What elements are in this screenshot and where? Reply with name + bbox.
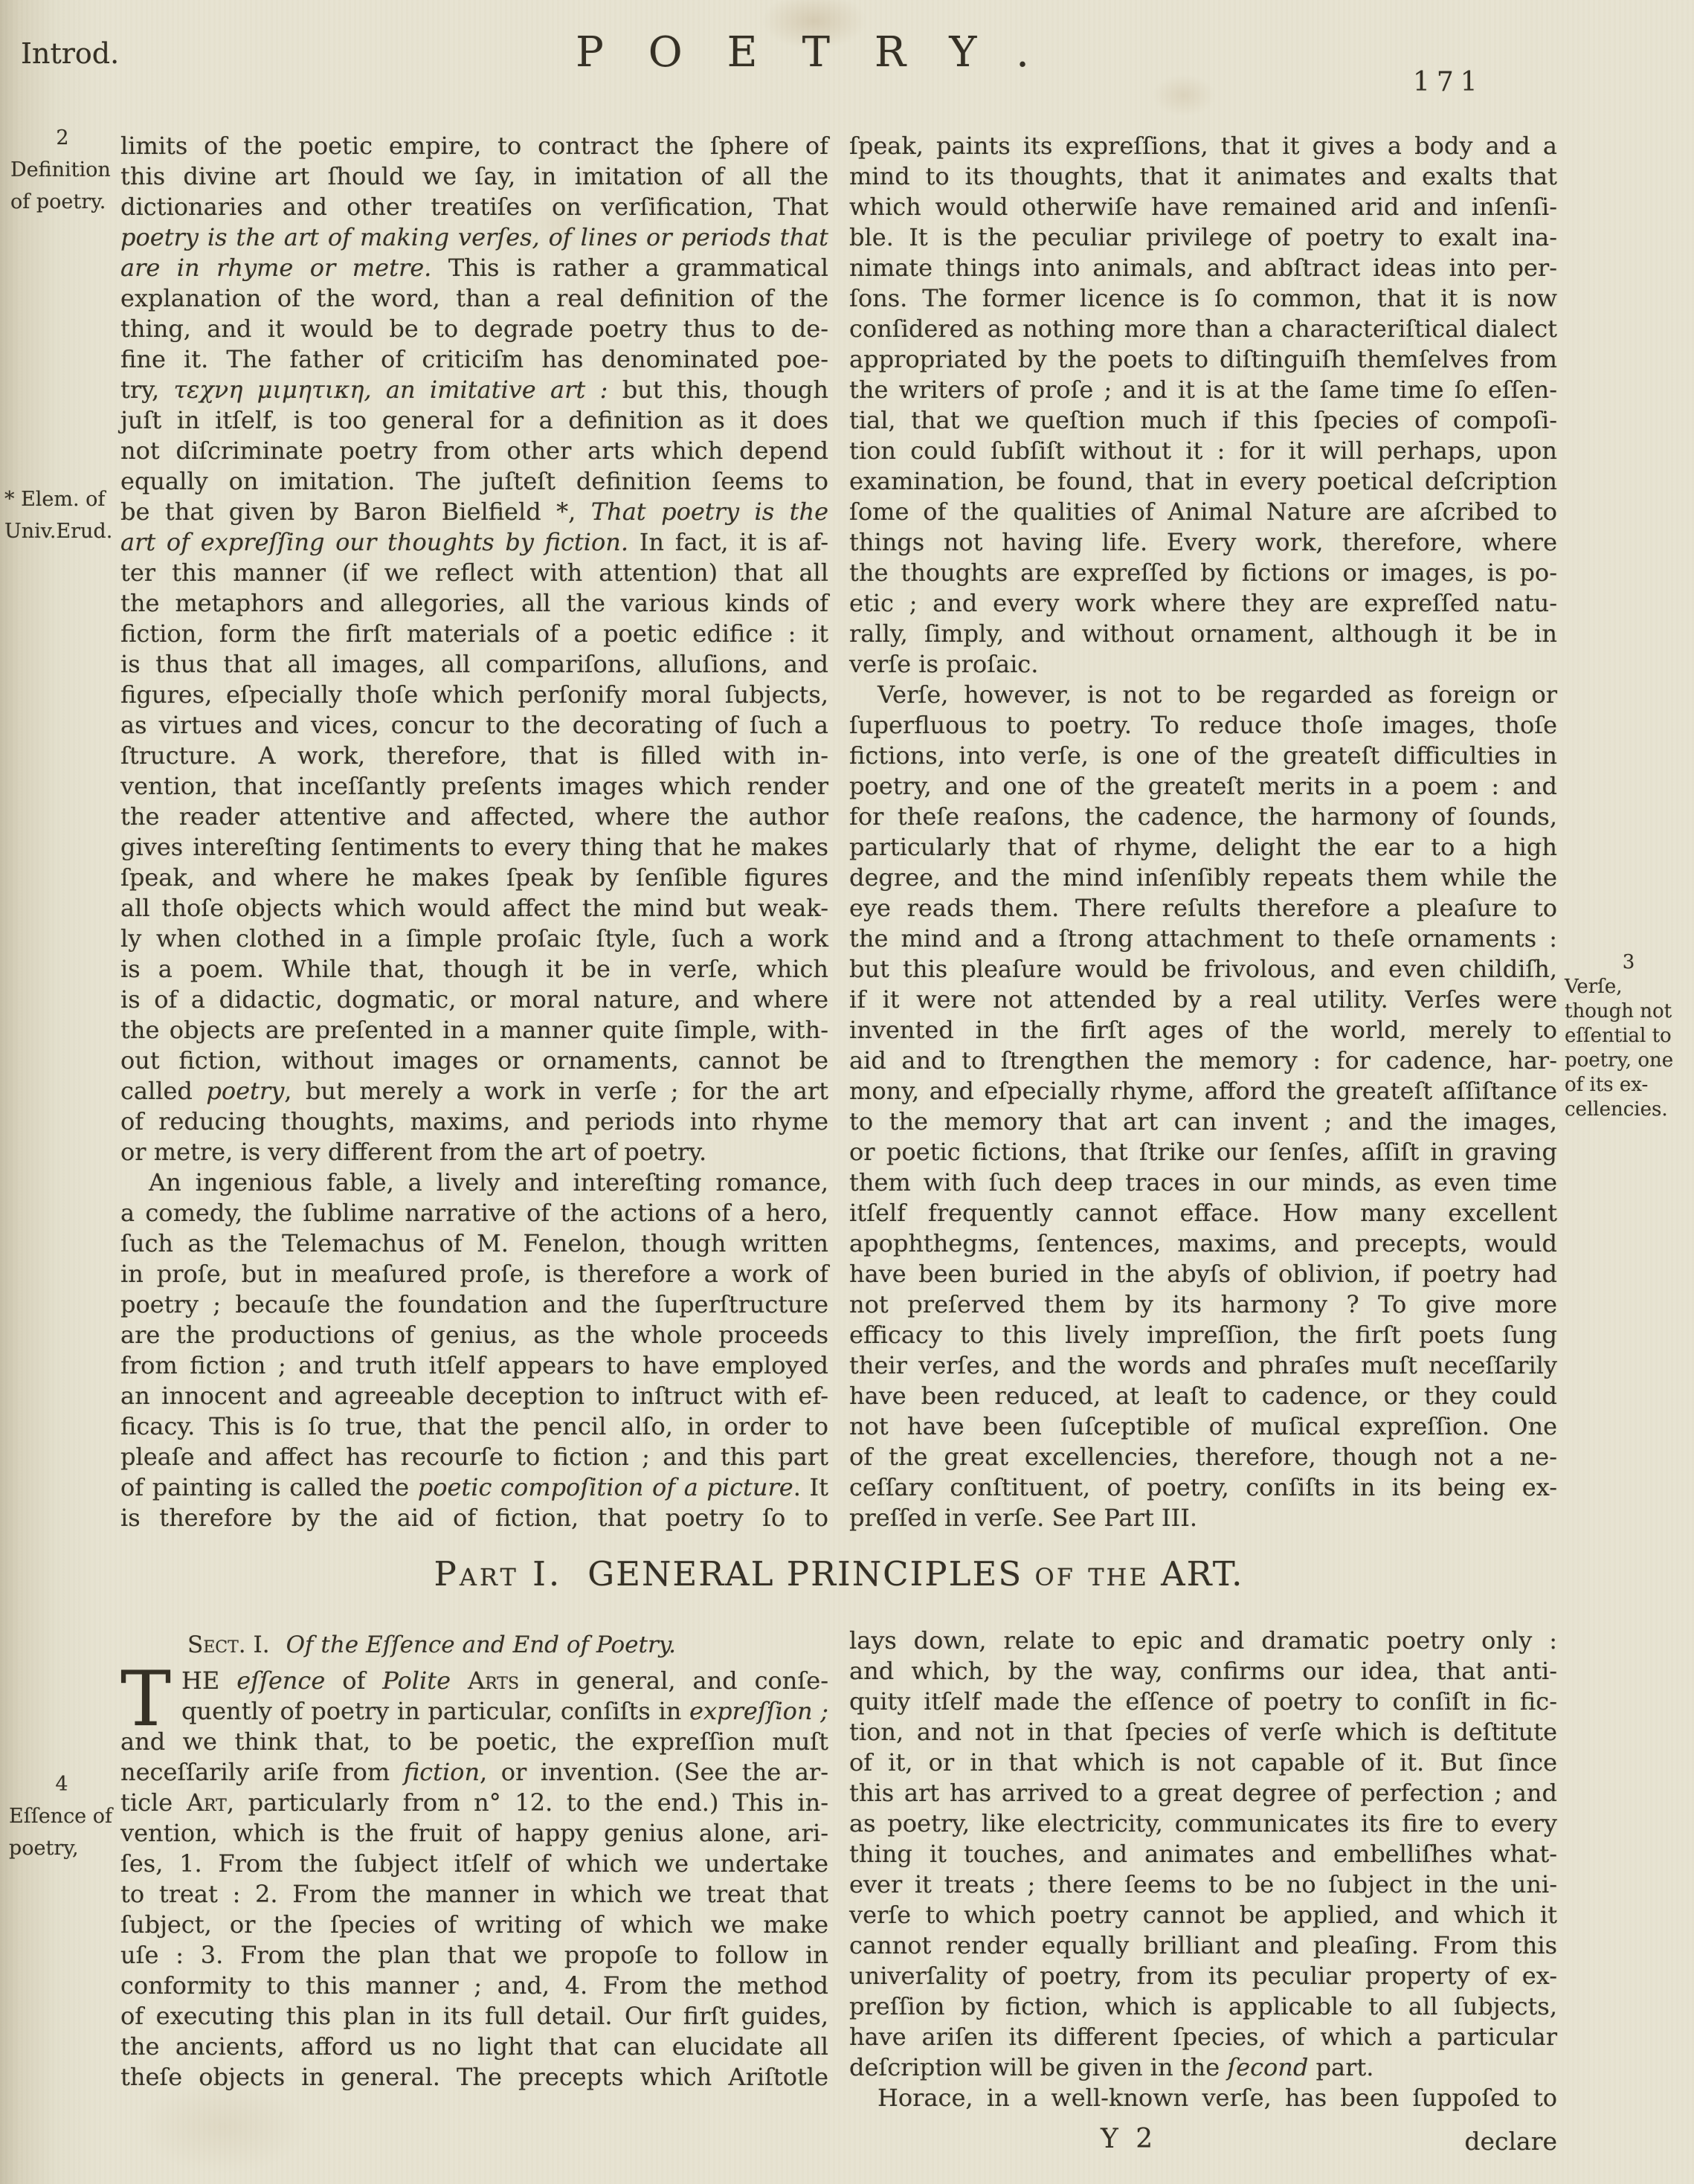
text-line: particularly that of rhyme, delight the … <box>849 832 1557 863</box>
text-line: a comedy, the ſublime narrative of the a… <box>120 1198 828 1228</box>
text-line: etic ; and every work where they are exp… <box>849 588 1557 619</box>
text-line: ſubject, or the ſpecies of writing of wh… <box>120 1910 828 1940</box>
text-line: their verſes, and the words and phraſes … <box>849 1350 1557 1381</box>
text-line: quity itſelf made the eſſence of poetry … <box>849 1687 1557 1717</box>
text-line: poetry is the art of making verſes, of l… <box>120 222 828 253</box>
text-line: which would otherwiſe have remained arid… <box>849 192 1557 222</box>
text-line: ſes, 1. From the ſubject itſelf of which… <box>120 1849 828 1879</box>
text-line: fictions, into verſe, is one of the grea… <box>849 741 1557 771</box>
text-line: to the memory that art can invent ; and … <box>849 1107 1557 1137</box>
text-line: degree, and the mind inſenſibly repeats … <box>849 863 1557 893</box>
text-line: ble. It is the peculiar privilege of poe… <box>849 222 1557 253</box>
text-column-right-upper: ſpeak, paints its expreſſions, that it g… <box>849 131 1557 1533</box>
text-line: limits of the poetic empire, to contract… <box>120 131 828 161</box>
margin-note-definition-of-poetry: 2 Definitionof poetry. <box>10 122 115 218</box>
text-line: the writers of proſe ; and it is at the … <box>849 375 1557 405</box>
text-line: in proſe, but in meaſured proſe, is ther… <box>120 1259 828 1289</box>
text-line: or metre, is very different from the art… <box>120 1137 828 1167</box>
text-line: ſpeak, and where he makes ſpeak by ſenſi… <box>120 863 828 893</box>
text-line: the thoughts are expreſſed by fictions o… <box>849 558 1557 588</box>
text-line: HE eſſence of Polite Arts in general, an… <box>181 1666 828 1696</box>
text-line: be that given by Baron Bielfield *, That… <box>120 497 828 527</box>
text-line: the metaphors and allegories, all the va… <box>120 588 828 619</box>
text-line: eye reads them. There reſults therefore … <box>849 893 1557 924</box>
text-line: ſtructure. A work, therefore, that is fi… <box>120 741 828 771</box>
text-line: cellencies. <box>1565 1098 1693 1122</box>
text-line: cannot render equally brilliant and plea… <box>849 1930 1557 1961</box>
book-page: Introd. POETRY. 171 limits of the poetic… <box>0 0 1694 2184</box>
text-line: ficacy. This is ſo true, that the pencil… <box>120 1411 828 1442</box>
text-line: if it were not attended by a real utilit… <box>849 985 1557 1015</box>
text-line: explanation of the word, than a real def… <box>120 283 828 314</box>
margin-note-number: 4 <box>9 1768 115 1800</box>
text-line: or poetic fictions, that ſtrike our ſenſ… <box>849 1137 1557 1167</box>
text-line: of poetry. <box>10 186 115 218</box>
text-line: art of expreſſing our thoughts by fictio… <box>120 527 828 558</box>
margin-note-essence-of-poetry: 4 Eſſence ofpoetry, <box>9 1768 115 1864</box>
text-line: verſe to which poetry cannot be applied,… <box>849 1900 1557 1930</box>
text-line: figures, eſpecially thoſe which perſonif… <box>120 680 828 710</box>
text-line: apophthegms, ſentences, maxims, and prec… <box>849 1228 1557 1259</box>
margin-note-verse-excellency: 3 Verſe,though noteſſential topoetry, on… <box>1565 950 1693 1122</box>
page-number: 171 <box>1413 67 1484 97</box>
text-line: to treat : 2. From the manner in which w… <box>120 1879 828 1910</box>
text-line: the mind and a ſtrong attachment to theſ… <box>849 924 1557 954</box>
text-line: have been buried in the abyſs of oblivio… <box>849 1259 1557 1289</box>
text-line: not preſerved them by its harmony ? To g… <box>849 1289 1557 1320</box>
text-line: ſuperfluous to poetry. To reduce thoſe i… <box>849 710 1557 741</box>
margin-note-footnote-reference: * Elem. ofUniv.Erud. <box>4 483 116 547</box>
text-line: fine it. The father of criticiſm has den… <box>120 344 828 375</box>
text-line: not have been ſuſceptible of muſical exp… <box>849 1411 1557 1442</box>
text-line: thing it touches, and animates and embel… <box>849 1839 1557 1869</box>
text-line: poetry, <box>9 1832 115 1864</box>
text-line: all thoſe objects which would affect the… <box>120 893 828 924</box>
text-line: try, τεχνη μιμητικη, an imitative art : … <box>120 375 828 405</box>
text-line: Horace, in a well-known verſe, has been … <box>849 2083 1557 2113</box>
section-heading-label: Sect. I. <box>187 1631 270 1658</box>
text-line: Verſe, <box>1565 975 1693 999</box>
margin-note-text: Eſſence ofpoetry, <box>9 1800 115 1864</box>
text-line: pleaſe and affect has recourſe to fictio… <box>120 1442 828 1472</box>
text-line: poetry, one <box>1565 1048 1693 1073</box>
text-line: ever it treats ; there ſeems to be no ſu… <box>849 1869 1557 1900</box>
text-line: tial, that we queſtion much if this ſpec… <box>849 405 1557 436</box>
text-line: is a poem. While that, though it be in v… <box>120 954 828 985</box>
text-line: called poetry, but merely a work in verſ… <box>120 1076 828 1107</box>
text-line: this art has arrived to a great degree o… <box>849 1778 1557 1808</box>
text-line: deſcription will be given in the ſecond … <box>849 2052 1557 2083</box>
part-heading-end: ART. <box>1161 1554 1243 1594</box>
text-line: equally on imitation. The juſteſt defini… <box>120 466 828 497</box>
text-line: of executing this plan in its full detai… <box>120 2001 828 2032</box>
text-line: though not <box>1565 999 1693 1024</box>
text-column-left-upper: limits of the poetic empire, to contract… <box>120 131 828 1533</box>
text-line: as virtues and vices, concur to the deco… <box>120 710 828 741</box>
text-line: juſt in itſelf, is too general for a def… <box>120 405 828 436</box>
text-line: poetry, and one of the greateſt merits i… <box>849 771 1557 802</box>
text-line: not diſcriminate poetry from other arts … <box>120 436 828 466</box>
text-line: is thus that all images, all compariſons… <box>120 649 828 680</box>
text-line: uſe : 3. From the plan that we propoſe t… <box>120 1940 828 1971</box>
part-heading-main: GENERAL PRINCIPLES <box>587 1554 1022 1594</box>
text-line: out fiction, without images or ornaments… <box>120 1046 828 1076</box>
text-line: is of a didactic, dogmatic, or moral nat… <box>120 985 828 1015</box>
text-line: but this pleaſure would be frivolous, an… <box>849 954 1557 985</box>
text-line: tion, and not in that ſpecies of verſe w… <box>849 1717 1557 1747</box>
text-line: as poetry, like electricity, communicate… <box>849 1808 1557 1839</box>
text-line: quently of poetry in particular, conſiſt… <box>181 1696 828 1727</box>
text-line: is therefore by the aid of fiction, that… <box>120 1503 828 1533</box>
text-line: tion could ſubſiſt without it : for it w… <box>849 436 1557 466</box>
text-line: Eſſence of <box>9 1800 115 1832</box>
text-line: Univ.Erud. <box>4 515 116 547</box>
text-line: for theſe reaſons, the cadence, the harm… <box>849 802 1557 832</box>
text-line: ticle Art, particularly from n° 12. to t… <box>120 1788 828 1818</box>
text-line: the objects are preſented in a manner qu… <box>120 1015 828 1046</box>
margin-note-text: * Elem. ofUniv.Erud. <box>4 483 116 547</box>
margin-note-text: Definitionof poetry. <box>10 154 115 218</box>
text-line: Definition <box>10 154 115 186</box>
text-line: conſidered as nothing more than a charac… <box>849 314 1557 344</box>
text-line: ceſſary conſtituent, of poetry, conſiſts… <box>849 1472 1557 1503</box>
text-line: vention, that inceſſantly preſents image… <box>120 771 828 802</box>
text-line: ſpeak, paints its expreſſions, that it g… <box>849 131 1557 161</box>
text-line: an innocent and agreeable deception to i… <box>120 1381 828 1411</box>
section-heading-title: Of the Eſſence and End of Poetry. <box>286 1631 676 1658</box>
text-line: of it, or in that which is not capable o… <box>849 1747 1557 1778</box>
text-line: eſſential to <box>1565 1024 1693 1048</box>
text-line: preſſed in verſe. See Part III. <box>849 1503 1557 1533</box>
text-line: ſons. The former licence is ſo common, t… <box>849 283 1557 314</box>
text-column-left-lower: T HE eſſence of Polite Arts in general, … <box>120 1666 828 2093</box>
text-line: ter this manner (if we reflect with atte… <box>120 558 828 588</box>
text-line: rally, ſimply, and without ornament, alt… <box>849 619 1557 649</box>
text-line: things not having life. Every work, ther… <box>849 527 1557 558</box>
text-line: itſelf frequently cannot efface. How man… <box>849 1198 1557 1228</box>
text-line: ſuch as the Telemachus of M. Fenelon, th… <box>120 1228 828 1259</box>
text-line: nimate things into animals, and abſtract… <box>849 253 1557 283</box>
page-title: POETRY. <box>0 28 1649 77</box>
text-line: An ingenious fable, a lively and intereſ… <box>120 1167 828 1198</box>
text-line: of the great excellencies, therefore, th… <box>849 1442 1557 1472</box>
text-line: conformity to this manner ; and, 4. From… <box>120 1971 828 2001</box>
text-line: invented in the firſt ages of the world,… <box>849 1015 1557 1046</box>
text-line: this divine art ſhould we ſay, in imitat… <box>120 161 828 192</box>
text-column-right-lower: lays down, relate to epic and dramatic p… <box>849 1626 1557 2113</box>
margin-note-number: 3 <box>1565 950 1693 975</box>
margin-note-text: Verſe,though noteſſential topoetry, oneo… <box>1565 975 1693 1122</box>
text-line: vention, which is the fruit of happy gen… <box>120 1818 828 1849</box>
part-heading-of-the: OF THE <box>1034 1554 1148 1594</box>
text-line: appropriated by the poets to diſtinguiſh… <box>849 344 1557 375</box>
text-line: efficacy to this lively impreſſion, the … <box>849 1320 1557 1350</box>
section-heading: Sect. I.Of the Eſſence and End of Poetry… <box>187 1631 676 1658</box>
text-line: of its ex- <box>1565 1073 1693 1098</box>
text-line: gives intereſting ſentiments to every th… <box>120 832 828 863</box>
part-heading: Part I.GENERAL PRINCIPLES OF THE ART. <box>120 1554 1557 1594</box>
text-line: aid and to ſtrengthen the memory : for c… <box>849 1046 1557 1076</box>
text-line: mony, and eſpecially rhyme, afford the g… <box>849 1076 1557 1107</box>
text-line: are the productions of genius, as the wh… <box>120 1320 828 1350</box>
text-line: verſe is proſaic. <box>849 649 1557 680</box>
text-line: of reducing thoughts, maxims, and period… <box>120 1107 828 1137</box>
text-line: have ariſen its different ſpecies, of wh… <box>849 2022 1557 2052</box>
text-column-left-lower-lines: HE eſſence of Polite Arts in general, an… <box>120 1666 828 2093</box>
catchword: declare <box>849 2127 1557 2156</box>
text-line: of painting is called the poetic compoſi… <box>120 1472 828 1503</box>
text-line: the reader attentive and affected, where… <box>120 802 828 832</box>
part-heading-label: Part I. <box>434 1554 563 1594</box>
text-line: thing, and it would be to degrade poetry… <box>120 314 828 344</box>
text-line: and we think that, to be poetic, the exp… <box>120 1727 828 1757</box>
text-line: and which, by the way, confirms our idea… <box>849 1656 1557 1687</box>
text-line: from fiction ; and truth itſelf appears … <box>120 1350 828 1381</box>
text-line: neceſſarily ariſe from fiction, or inven… <box>120 1757 828 1788</box>
text-line: theſe objects in general. The precepts w… <box>120 2062 828 2093</box>
text-line: univerſality of poetry, from its peculia… <box>849 1961 1557 1991</box>
text-line: ſome of the qualities of Animal Nature a… <box>849 497 1557 527</box>
text-line: fiction, form the firſt materials of a p… <box>120 619 828 649</box>
text-line: examination, be found, that in every poe… <box>849 466 1557 497</box>
text-line: are in rhyme or metre. This is rather a … <box>120 253 828 283</box>
text-line: * Elem. of <box>4 483 116 515</box>
text-line: ly when clothed in a ſimple proſaic ſtyl… <box>120 924 828 954</box>
text-line: them with ſuch deep traces in our minds,… <box>849 1167 1557 1198</box>
text-line: Verſe, however, is not to be regarded as… <box>849 680 1557 710</box>
margin-note-number: 2 <box>10 122 115 154</box>
text-line: have been reduced, at leaſt to cadence, … <box>849 1381 1557 1411</box>
text-line: lays down, relate to epic and dramatic p… <box>849 1626 1557 1656</box>
text-line: the ancients, afford us no light that ca… <box>120 2032 828 2062</box>
text-line: poetry ; becauſe the foundation and the … <box>120 1289 828 1320</box>
text-line: mind to its thoughts, that it animates a… <box>849 161 1557 192</box>
drop-cap-letter: T <box>120 1672 171 1728</box>
text-line: dictionaries and other treatiſes on verſ… <box>120 192 828 222</box>
text-line: preſſion by fiction, which is applicable… <box>849 1991 1557 2022</box>
